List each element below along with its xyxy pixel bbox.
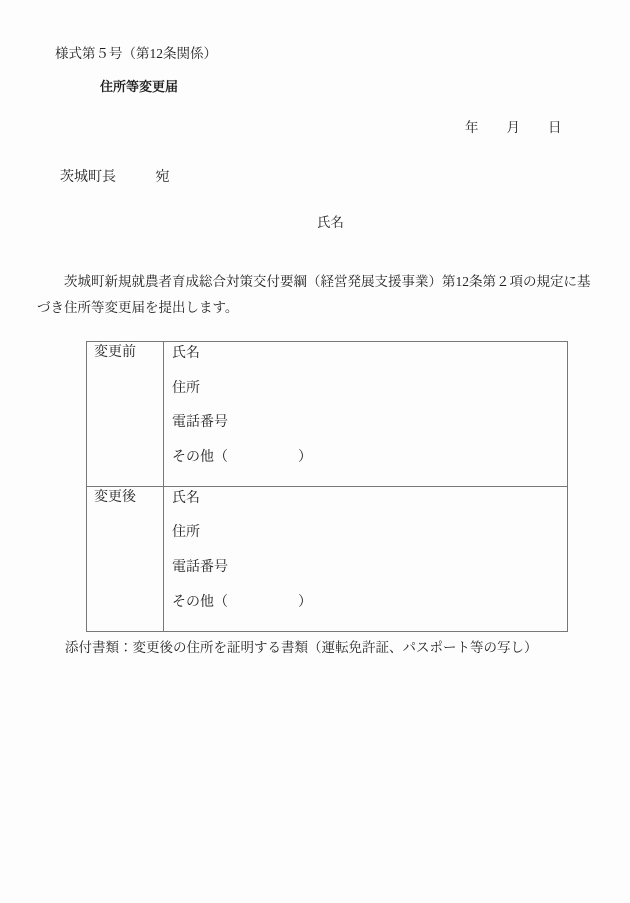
row-content-after: 氏名 住所 電話番号 その他（ ） xyxy=(164,486,568,631)
row-header-before: 変更前 xyxy=(87,342,164,487)
field-other-before: その他（ ） xyxy=(172,451,567,486)
body-paragraph: 茨城町新規就農者育成総合対策交付要綱（経営発展支援事業）第12条第２項の規定に基… xyxy=(37,269,612,321)
table-row-before: 変更前 氏名 住所 電話番号 その他（ ） xyxy=(87,342,568,487)
table-row-after: 変更後 氏名 住所 電話番号 その他（ ） xyxy=(87,486,568,631)
field-name-before: 氏名 xyxy=(172,347,567,382)
date-month-label: 月 xyxy=(507,121,521,135)
document-page: 様式第５号（第12条関係） 住所等変更届 年 月 日 茨城町長 宛 氏名 茨城町… xyxy=(0,0,630,903)
field-address-before: 住所 xyxy=(172,382,567,417)
body-paragraph-line-1: 茨城町新規就農者育成総合対策交付要綱（経営発展支援事業）第12条第２項の規定に基 xyxy=(37,269,612,295)
field-phone-before: 電話番号 xyxy=(172,416,567,451)
field-phone-after: 電話番号 xyxy=(172,561,567,596)
date-day-label: 日 xyxy=(548,121,562,135)
document-title: 住所等変更届 xyxy=(100,80,178,93)
row-content-before: 氏名 住所 電話番号 その他（ ） xyxy=(164,342,568,487)
field-name-after: 氏名 xyxy=(172,492,567,527)
field-other-after: その他（ ） xyxy=(172,596,567,631)
date-year-label: 年 xyxy=(465,121,479,135)
date-line: 年 月 日 xyxy=(465,121,562,135)
field-address-after: 住所 xyxy=(172,526,567,561)
addressee-line: 茨城町長 宛 xyxy=(60,171,170,185)
attachment-note: 添付書類：変更後の住所を証明する書類（運転免許証、パスポート等の写し） xyxy=(65,641,538,655)
form-number: 様式第５号（第12条関係） xyxy=(55,47,217,61)
change-table: 変更前 氏名 住所 電話番号 その他（ ） 変更後 氏名 住所 電話番号 その他… xyxy=(86,341,568,632)
signature-name-label: 氏名 xyxy=(317,216,344,230)
row-header-after: 変更後 xyxy=(87,486,164,631)
body-paragraph-line-2: づき住所等変更届を提出します。 xyxy=(37,295,612,321)
addressee-suffix: 宛 xyxy=(156,170,170,185)
addressee-name: 茨城町長 xyxy=(60,170,116,185)
